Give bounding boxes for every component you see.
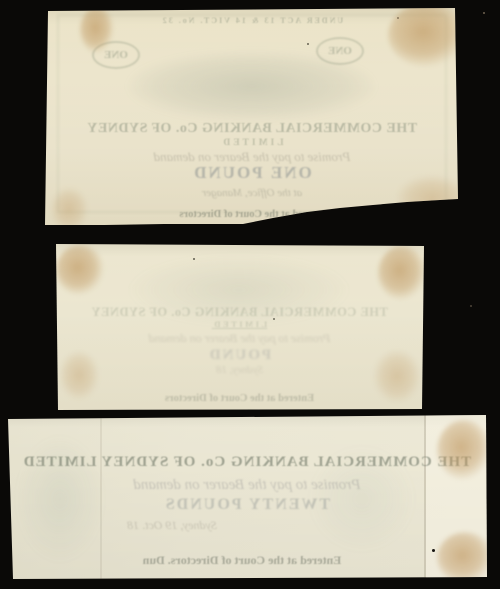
show-through-entered-line: Entered at the Court of Directors (54, 393, 425, 404)
dust-speck (470, 305, 472, 307)
show-through-pattern (15, 434, 105, 564)
foxing-stain (388, 3, 466, 67)
foxing-stain (437, 532, 493, 584)
dust-speck (273, 318, 275, 320)
ink-speck (432, 549, 435, 552)
show-through-date-line: Sydney, 18 (54, 364, 425, 376)
foxing-stain (378, 246, 426, 300)
banknote-top: UNDER ACT 13 & 14 VICT. No. 32 ONE ONE T… (44, 7, 460, 229)
dust-speck (397, 17, 399, 19)
foxing-stain (59, 350, 99, 400)
dust-speck (193, 258, 195, 260)
dust-speck (307, 43, 309, 45)
one-counter-oval-right: ONE (316, 37, 364, 65)
foxing-stain (396, 175, 468, 221)
vertical-crease (424, 414, 426, 579)
foxing-stain (56, 245, 104, 295)
show-through-pattern (307, 444, 417, 554)
show-through-denomination: POUND (54, 347, 425, 364)
foxing-stain (50, 187, 88, 231)
photo-canvas: { "photo": { "description": "Backs of th… (0, 0, 500, 589)
banknote-bottom: THE COMMERCIAL BANKING Co. OF SYDNEY LIM… (7, 414, 487, 579)
banknote-middle: THE COMMERCIAL BANKING Co. OF SYDNEY LIM… (54, 243, 425, 411)
foxing-stain (437, 420, 491, 480)
dust-speck (483, 12, 485, 14)
show-through-entered-line: Entered at the Court of Directors. Dun (47, 553, 437, 568)
foxing-stain (80, 7, 114, 53)
show-through-promise-line: Promise to pay the Bearer on demand (54, 331, 425, 346)
show-through-vignette (129, 255, 349, 325)
foxing-stain (373, 349, 421, 403)
